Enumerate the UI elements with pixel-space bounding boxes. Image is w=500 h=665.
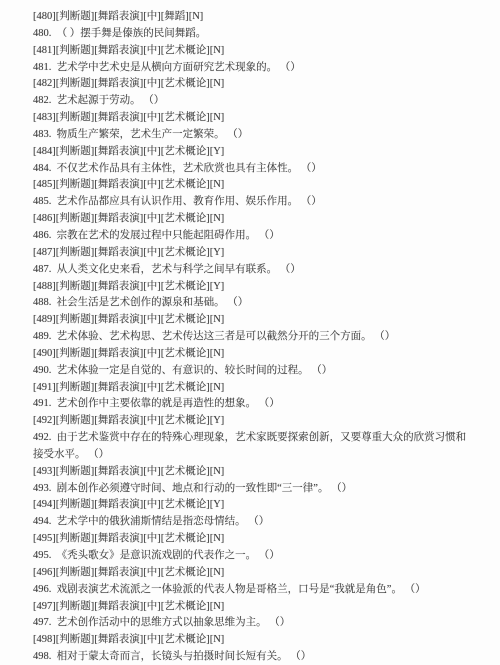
question-meta-line: [492][判断题][舞蹈表演][中][艺术概论][Y] [33, 413, 486, 430]
question-text-line: 492. 由于艺术鉴赏中存在的特殊心理现象，艺术家既要探索创新，又要尊重大众的欣… [33, 430, 486, 447]
question-meta-line: [496][判断题][舞蹈表演][中][艺术概论][N] [33, 565, 486, 582]
question-meta-line: [487][判断题][舞蹈表演][中][艺术概论][Y] [33, 245, 486, 262]
question-text-line: 494. 艺术学中的俄狄浦斯情结是指恋母情结。 （） [33, 514, 486, 531]
question-meta-line: [485][判断题][舞蹈表演][中][艺术概论][N] [33, 177, 486, 194]
question-meta-line: [493][判断题][舞蹈表演][中][艺术概论][N] [33, 464, 486, 481]
question-meta-line: [494][判断题][舞蹈表演][中][艺术概论][Y] [33, 497, 486, 514]
question-text-line: 495. 《秃头歌女》是意识流戏剧的代表作之一。 （） [33, 548, 486, 565]
question-meta-line: [481][判断题][舞蹈表演][中][艺术概论][N] [33, 43, 486, 60]
question-meta-line: [489][判断题][舞蹈表演][中][艺术概论][N] [33, 312, 486, 329]
question-text-line: 487. 从人类文化史来看，艺术与科学之间早有联系。 （） [33, 262, 486, 279]
question-text-line: 481. 艺术学中艺术史是从横向方面研究艺术现象的。 （） [33, 60, 486, 77]
question-meta-line: [497][判断题][舞蹈表演][中][艺术概论][N] [33, 599, 486, 616]
question-text-line: 498. 相对于蒙太奇而言，长镜头与拍摄时间长短有关。 （） [33, 649, 486, 665]
question-bank-document: [480][判断题][舞蹈表演][中][舞蹈][N]480. （ ）摆手舞是傣族… [0, 0, 500, 665]
question-text-line: 491. 艺术创作中主要依靠的就是再造性的想象。 （） [33, 396, 486, 413]
question-meta-line: [488][判断题][舞蹈表演][中][艺术概论][Y] [33, 279, 486, 296]
question-text-line: 484. 不仅艺术作品具有主体性，艺术欣赏也具有主体性。 （） [33, 161, 486, 178]
question-meta-line: [486][判断题][舞蹈表演][中][艺术概论][N] [33, 211, 486, 228]
question-text-line: 496. 戏剧表演艺术流派之一体验派的代表人物是哥格兰，口号是“我就是角色”。 … [33, 582, 486, 599]
question-meta-line: [495][判断题][舞蹈表演][中][艺术概论][N] [33, 531, 486, 548]
question-meta-line: [491][判断题][舞蹈表演][中][艺术概论][N] [33, 380, 486, 397]
question-text-line: 493. 剧本创作必须遵守时间、地点和行动的一致性即“三一律”。 （） [33, 481, 486, 498]
question-text-line: 489. 艺术体验、艺术构思、艺术传达这三者是可以截然分开的三个方面。 （） [33, 329, 486, 346]
question-meta-line: [482][判断题][舞蹈表演][中][艺术概论][N] [33, 76, 486, 93]
question-text-line: 接受水平。 （） [33, 447, 486, 464]
question-text-line: 497. 艺术创作活动中的思维方式以抽象思维为主。 （） [33, 615, 486, 632]
question-text-line: 485. 艺术作品都应具有认识作用、教育作用、娱乐作用。 （） [33, 194, 486, 211]
question-text-line: 483. 物质生产繁荣，艺术生产一定繁荣。 （） [33, 127, 486, 144]
question-meta-line: [480][判断题][舞蹈表演][中][舞蹈][N] [33, 9, 486, 26]
question-meta-line: [498][判断题][舞蹈表演][中][艺术概论][N] [33, 632, 486, 649]
question-text-line: 488. 社会生活是艺术创作的源泉和基础。 （） [33, 295, 486, 312]
question-meta-line: [490][判断题][舞蹈表演][中][艺术概论][N] [33, 346, 486, 363]
question-text-line: 486. 宗教在艺术的发展过程中只能起阻碍作用。 （） [33, 228, 486, 245]
question-text-line: 480. （ ）摆手舞是傣族的民间舞蹈。 [33, 26, 486, 43]
question-meta-line: [484][判断题][舞蹈表演][中][艺术概论][Y] [33, 144, 486, 161]
question-text-line: 490. 艺术体验一定是自觉的、有意识的、较长时间的过程。 （） [33, 363, 486, 380]
question-meta-line: [483][判断题][舞蹈表演][中][艺术概论][N] [33, 110, 486, 127]
question-text-line: 482. 艺术起源于劳动。 （） [33, 93, 486, 110]
